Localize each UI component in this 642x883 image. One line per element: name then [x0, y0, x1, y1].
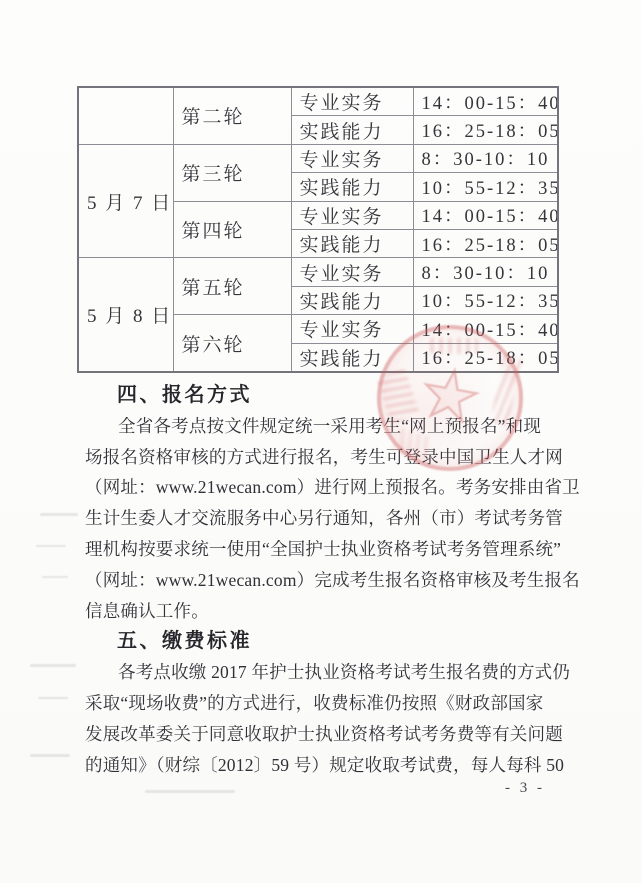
paragraph-line: 信息确认工作。 [85, 596, 567, 627]
scanned-document-page: 第二轮 专业实务 14：00-15：40 实践能力 16：25-18：05 5 … [0, 0, 642, 883]
subject-cell: 实践能力 [291, 229, 413, 257]
time-cell: 16：25-18：05 [413, 229, 558, 257]
table-row: 第二轮 专业实务 14：00-15：40 [78, 87, 558, 116]
paragraph-line: 发展改革委关于同意收取护士执业资格考试考务费等有关问题 [85, 719, 567, 750]
time-cell: 10：55-12：35 [413, 173, 558, 201]
date-cell [78, 87, 173, 144]
time-cell: 14：00-15：40 [413, 315, 558, 343]
subject-cell: 专业实务 [291, 201, 413, 229]
paragraph-line: 生计生委人才交流服务中心另行通知，各州（市）考试考务管 [85, 503, 567, 534]
time-cell: 14：00-15：40 [413, 201, 558, 229]
paragraph-line: 各考点收缴 2017 年护士执业资格考试考生报名费的方式仍 [85, 657, 567, 688]
time-cell: 8：30-10：10 [413, 144, 558, 172]
round-cell: 第二轮 [173, 87, 291, 144]
time-cell: 16：25-18：05 [413, 116, 558, 144]
round-cell: 第三轮 [173, 144, 291, 201]
exam-schedule-table: 第二轮 专业实务 14：00-15：40 实践能力 16：25-18：05 5 … [77, 86, 559, 373]
scan-artifact [30, 754, 70, 757]
subject-cell: 专业实务 [291, 87, 413, 116]
paragraph-line: 场报名资格审核的方式进行报名，考生可登录中国卫生人才网 [85, 442, 567, 473]
page-number: - 3 - [495, 780, 555, 797]
time-cell: 8：30-10：10 [413, 258, 558, 286]
date-cell: 5 月 8 日 [78, 258, 173, 372]
subject-cell: 实践能力 [291, 286, 413, 314]
section-heading-registration: 四、报名方式 [85, 380, 567, 411]
paragraph-line: 采取“现场收费”的方式进行，收费标准仍按照《财政部国家 [85, 688, 567, 719]
scan-artifact [36, 545, 66, 547]
paragraph-line: （网址：www.21wecan.com）完成考生报名资格审核及考生报名 [85, 565, 567, 596]
subject-cell: 实践能力 [291, 116, 413, 144]
paragraph-line: 理机构按要求统一使用“全国护士执业资格考试考务管理系统” [85, 534, 567, 565]
scan-artifact [42, 576, 68, 578]
document-body: 四、报名方式 全省各考点按文件规定统一采用考生“网上预报名”和现 场报名资格审核… [85, 380, 567, 780]
subject-cell: 专业实务 [291, 144, 413, 172]
scan-artifact [145, 790, 235, 793]
subject-cell: 专业实务 [291, 258, 413, 286]
paragraph-line: 的通知》（财综〔2012〕59 号）规定收取考试费，每人每科 50 [85, 750, 567, 781]
paragraph-line: （网址：www.21wecan.com）进行网上预报名。考务安排由省卫 [85, 472, 567, 503]
subject-cell: 实践能力 [291, 173, 413, 201]
paragraph-line: 全省各考点按文件规定统一采用考生“网上预报名”和现 [85, 411, 567, 442]
time-cell: 16：25-18：05 [413, 343, 558, 372]
subject-cell: 实践能力 [291, 343, 413, 372]
time-cell: 14：00-15：40 [413, 87, 558, 116]
section-heading-payment: 五、缴费标准 [85, 626, 567, 657]
table-row: 5 月 7 日 第三轮 专业实务 8：30-10：10 [78, 144, 558, 172]
round-cell: 第六轮 [173, 315, 291, 372]
schedule-table: 第二轮 专业实务 14：00-15：40 实践能力 16：25-18：05 5 … [77, 86, 559, 373]
subject-cell: 专业实务 [291, 315, 413, 343]
scan-artifact [38, 697, 68, 699]
round-cell: 第五轮 [173, 258, 291, 315]
round-cell: 第四轮 [173, 201, 291, 258]
scan-artifact [40, 513, 78, 516]
date-cell: 5 月 7 日 [78, 144, 173, 258]
table-row: 5 月 8 日 第五轮 专业实务 8：30-10：10 [78, 258, 558, 286]
time-cell: 10：55-12：35 [413, 286, 558, 314]
scan-artifact [30, 664, 76, 667]
